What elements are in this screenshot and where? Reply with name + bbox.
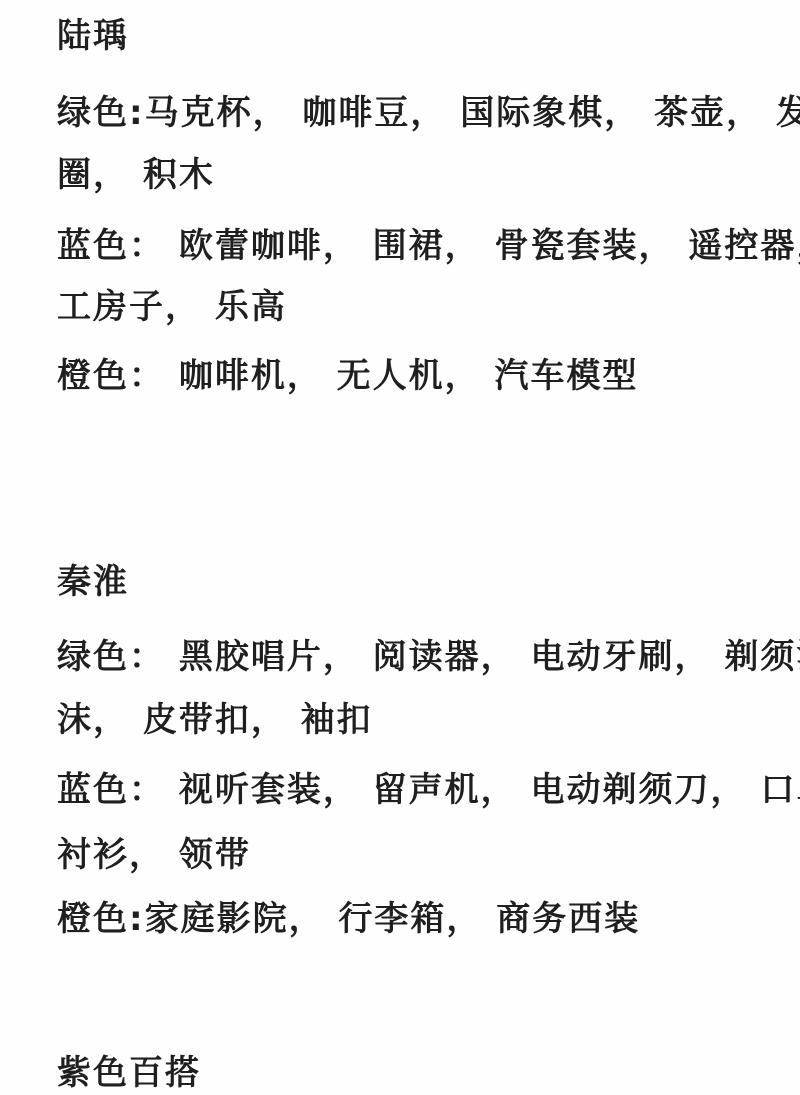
section1-blue-line-2: 工房子， 乐高 [57, 287, 287, 328]
section2-green-line-2: 沫， 皮带扣， 袖扣 [57, 700, 373, 741]
section2-green-line-1: 绿色： 黑胶唱片， 阅读器， 电动牙刷， 剃须泡 [57, 637, 800, 678]
footer-purple-note: 紫色百搭 [57, 1053, 201, 1094]
section2-blue-line-2: 衬衫， 领带 [57, 835, 251, 876]
section2-orange-line: 橙色:家庭影院， 行李箱， 商务西装 [57, 899, 640, 940]
section1-green-line-2: 圈， 积木 [57, 155, 215, 196]
section2-blue-line-1: 蓝色： 视听套装， 留声机， 电动剃须刀， 口罩， [57, 770, 800, 811]
person-name-1: 陆瑀 [57, 16, 129, 57]
section1-blue-line-1: 蓝色： 欧蕾咖啡， 围裙， 骨瓷套装， 遥控器， 手 [57, 226, 800, 267]
section1-orange-line: 橙色： 咖啡机， 无人机， 汽车模型 [57, 356, 639, 397]
section1-green-line-1: 绿色:马克杯， 咖啡豆， 国际象棋， 茶壶， 发 [57, 93, 800, 134]
notes-page: 陆瑀 绿色:马克杯， 咖啡豆， 国际象棋， 茶壶， 发 圈， 积木 蓝色： 欧蕾… [0, 0, 800, 1095]
person-name-2: 秦淮 [57, 562, 129, 603]
